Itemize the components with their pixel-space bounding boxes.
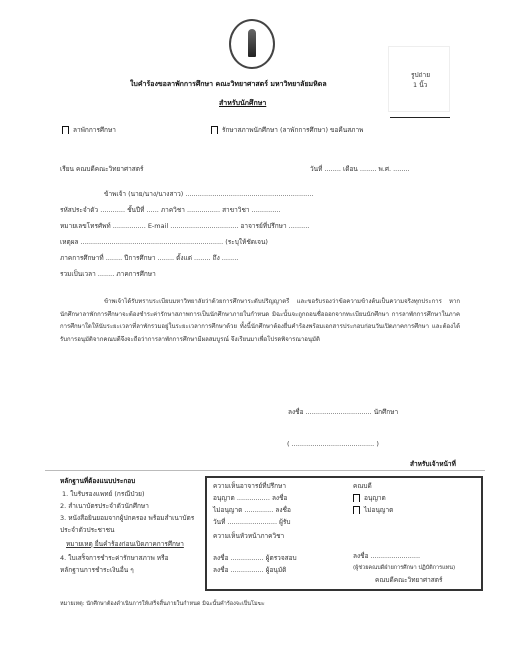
field-contact[interactable]: หมายเลขโทรศัพท์ ................ E-mail … [60,222,309,230]
label: ไม่อนุญาต [364,506,393,514]
checkbox[interactable] [62,126,69,134]
field-name[interactable]: ข้าพเจ้า (นาย/นาง/นางสาว) ..............… [104,190,313,198]
head-opinion: ความเห็นหัวหน้าภาควิชา [213,532,284,540]
note-item: 2. สำเนาบัตรประจำตัวนักศึกษา [60,502,149,510]
divider [45,470,485,471]
photo-box: รูปถ่าย 1 นิ้ว [388,46,450,112]
dean-sign[interactable]: ลงชื่อ ........................ [353,552,420,560]
note-item: ประจำตัวประชาชน [60,526,114,534]
approve-line[interactable]: อนุญาต ................ ลงชื่อ [213,494,287,502]
photo-label: รูปถ่าย [411,71,430,79]
dean-label: คณบดี [353,482,372,490]
dean-title: คณบดีคณะวิทยาศาสตร์ [375,576,442,584]
dean-approve[interactable]: อนุญาต [353,494,386,502]
form-subtitle: สำหรับนักศึกษา [219,99,266,107]
note-item: หลักฐานการชำระเงินอื่น ๆ [60,566,134,574]
date-line[interactable]: วันที่ ........................ ผู้รับ [213,518,291,526]
field-semester[interactable]: ภาคการศึกษาที่ ........ ปีการศึกษา .....… [60,254,238,262]
date-field[interactable]: วันที่ ........ เดือน ........ พ.ศ. ....… [310,165,410,173]
field-duration[interactable]: รวมเป็นเวลา ........ ภาคการศึกษา [60,270,156,278]
signature-name[interactable]: ( ......................................… [287,440,379,448]
dean-reject[interactable]: ไม่อนุญาต [353,506,393,514]
option-leave[interactable]: ลาพักการศึกษา [62,126,116,134]
field-reason[interactable]: เหตุผล .................................… [60,238,268,246]
body-paragraph: ข้าพเจ้าได้รับทราบระเบียบมหาวิทยาลัยว่าด… [60,296,460,346]
note-item: 1. ใบรับรองแพทย์ (กรณีป่วย) [62,490,145,498]
checker-sign[interactable]: ลงชื่อ ................ ผู้ตรวจสอบ [213,554,297,562]
advisor-opinion: ความเห็นอาจารย์ที่ปรึกษา [213,482,286,490]
option-label: ลาพักการศึกษา [73,126,116,134]
checkbox[interactable] [353,506,360,514]
signature-line[interactable]: ลงชื่อ ................................ … [288,408,398,416]
university-seal-icon [229,19,275,69]
option-maintain-status[interactable]: รักษาสภาพนักศึกษา (ลาพักการศึกษา) ขอคืนส… [211,126,363,134]
note-item: 3. หนังสือยินยอมจากผู้ปกครอง พร้อมสำเนาบ… [60,514,194,522]
office-header: สำหรับเจ้าหน้าที่ [410,460,456,468]
field-student-id[interactable]: รหัสประจำตัว ............ ชั้นปีที่ ....… [60,206,281,214]
note-item: หมายเหตุ ยื่นคำร้องก่อนเปิดภาคการศึกษา [66,540,184,548]
label: อนุญาต [364,494,386,502]
reject-line[interactable]: ไม่อนุญาต .............. ลงชื่อ [213,506,291,514]
to-label: เรียน คณบดีคณะวิทยาศาสตร์ [60,165,143,173]
notes-title: หลักฐานที่ต้องแนบประกอบ [60,477,135,485]
approver-sign[interactable]: ลงชื่อ ................ ผู้อนุมัติ [213,566,286,574]
note-item: 4. ใบเสร็จการชำระค่ารักษาสภาพ หรือ [60,554,168,562]
option-label: รักษาสภาพนักศึกษา (ลาพักการศึกษา) ขอคืนส… [222,126,363,134]
form-title: ใบคำร้องขอลาพักการศึกษา คณะวิทยาศาสตร์ ม… [130,80,327,88]
checkbox[interactable] [211,126,218,134]
divider [390,117,450,118]
dean-proxy: (ผู้ช่วยคณบดีฝ่ายการศึกษา ปฏิบัติการแทน) [353,564,455,572]
checkbox[interactable] [353,494,360,502]
office-box: ความเห็นอาจารย์ที่ปรึกษา อนุญาต ........… [205,476,483,591]
footer-note: หมายเหตุ: นักศึกษาต้องดำเนินการให้เสร็จส… [60,600,265,608]
photo-size: 1 นิ้ว [413,81,427,89]
